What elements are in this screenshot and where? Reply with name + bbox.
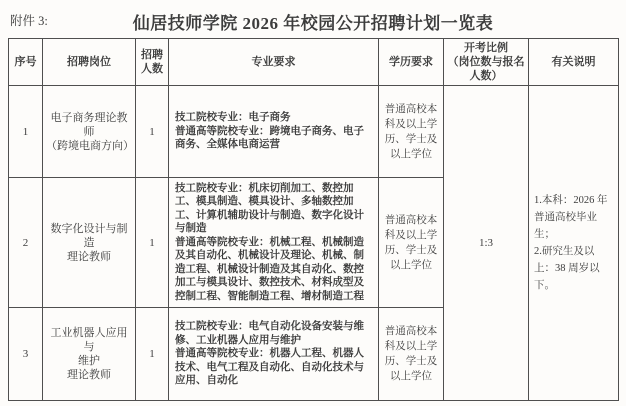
cell-education: 普通高校本科及以上学历、学士及以上学位 <box>379 178 444 308</box>
page-title: 仙居技师学院 2026 年校园公开招聘计划一览表 <box>0 9 626 34</box>
recruitment-table: 序号 招聘岗位 招聘人数 专业要求 学历要求 开考比例 （岗位数与报名人数） 有… <box>8 38 619 401</box>
col-header-exam-ratio: 开考比例 （岗位数与报名人数） <box>444 39 529 86</box>
cell-position: 工业机器人应用与 维护 理论教师 <box>43 308 136 401</box>
cell-major: 技工院校专业：电子商务 普通高等院校专业：跨境电子商务、电子商务、全媒体电商运营 <box>169 86 379 178</box>
col-header-seq: 序号 <box>9 39 43 86</box>
col-header-count: 招聘人数 <box>136 39 169 86</box>
cell-seq: 1 <box>9 86 43 178</box>
cell-exam-ratio: 1:3 <box>444 86 529 401</box>
cell-seq: 3 <box>9 308 43 401</box>
col-header-notes: 有关说明 <box>529 39 619 86</box>
cell-notes: 1.本科：2026 年普通高校毕业生； 2.研究生及以上：38 周岁以下。 <box>529 86 619 401</box>
attachment-label: 附件 3: <box>10 11 48 29</box>
cell-education: 普通高校本科及以上学历、学士及以上学位 <box>379 86 444 178</box>
cell-position: 电子商务理论教师 （跨境电商方向） <box>43 86 136 178</box>
cell-count: 1 <box>136 178 169 308</box>
col-header-education: 学历要求 <box>379 39 444 86</box>
cell-seq: 2 <box>9 178 43 308</box>
cell-major: 技工院校专业：电气自动化设备安装与维修、工业机器人应用与维护 普通高等院校专业：… <box>169 308 379 401</box>
cell-position: 数字化设计与制造 理论教师 <box>43 178 136 308</box>
col-header-position: 招聘岗位 <box>43 39 136 86</box>
table-row: 1 电子商务理论教师 （跨境电商方向） 1 技工院校专业：电子商务 普通高等院校… <box>9 86 619 178</box>
header-row: 序号 招聘岗位 招聘人数 专业要求 学历要求 开考比例 （岗位数与报名人数） 有… <box>9 39 619 86</box>
cell-education: 普通高校本科及以上学历、学士及以上学位 <box>379 308 444 401</box>
document-header: 附件 3: 仙居技师学院 2026 年校园公开招聘计划一览表 <box>0 0 626 37</box>
cell-major: 技工院校专业：机床切削加工、数控加工、模具制造、模具设计、多轴数控加工、计算机辅… <box>169 178 379 308</box>
col-header-major: 专业要求 <box>169 39 379 86</box>
cell-count: 1 <box>136 308 169 401</box>
cell-count: 1 <box>136 86 169 178</box>
